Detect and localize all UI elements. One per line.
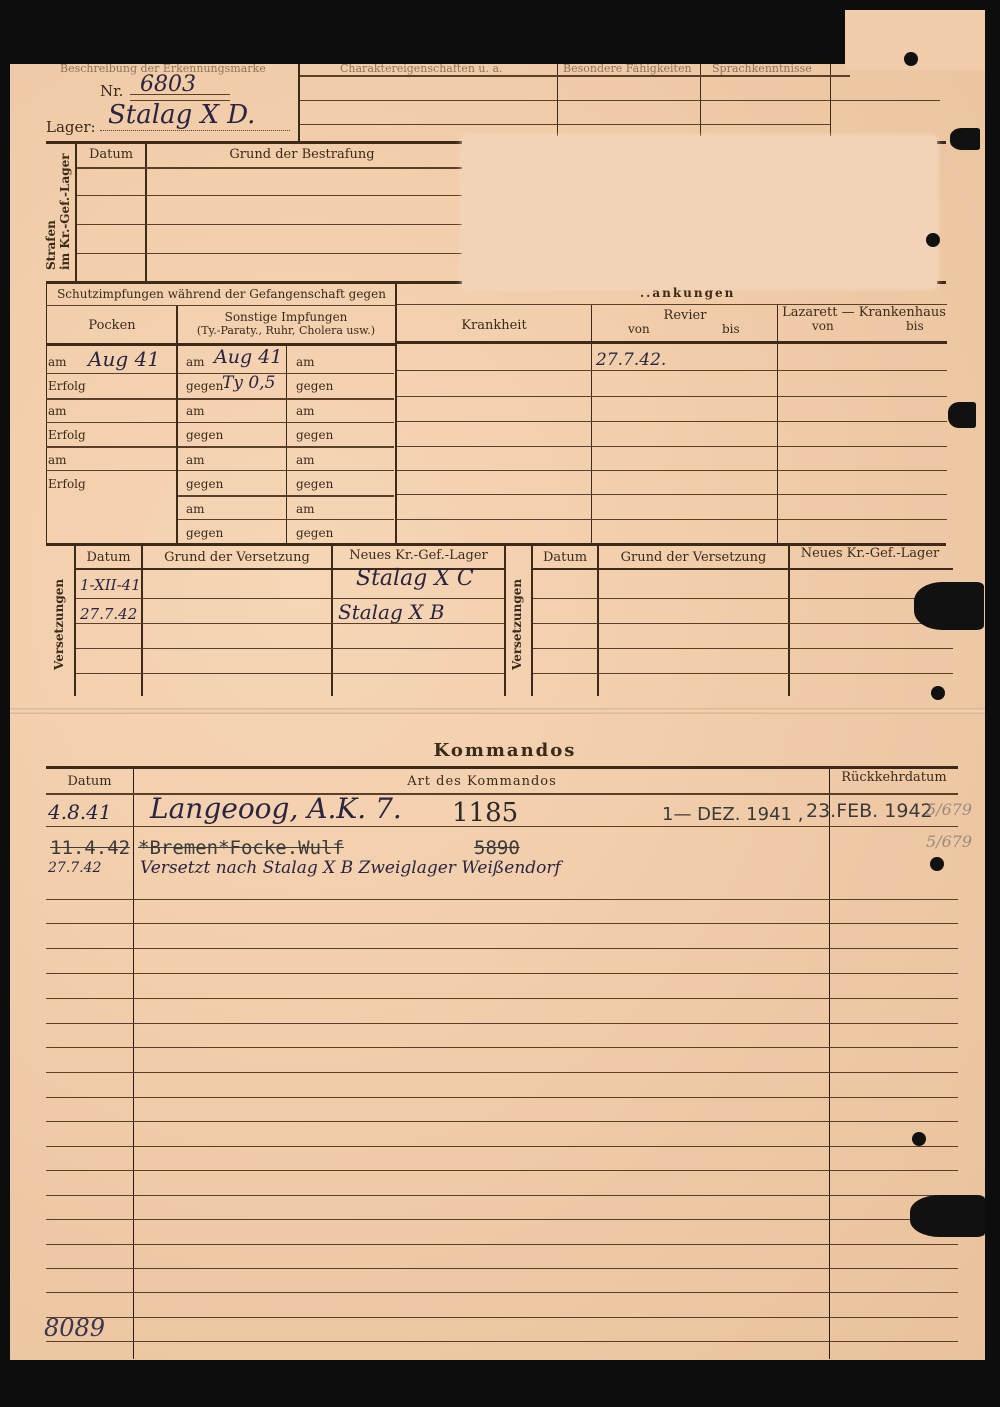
kommandos-col-art: Art des Kommandos	[135, 774, 829, 789]
footer-number: 8089	[44, 1314, 105, 1342]
punch-hole	[931, 686, 945, 700]
sonstige-label: gegen	[186, 526, 223, 540]
col-languages: Sprachkenntnisse	[712, 62, 812, 75]
tear-mark	[948, 402, 976, 428]
strafen-col-grund: Grund der Bestrafung	[147, 147, 457, 162]
sonstige-label: gegen	[186, 379, 223, 393]
lager-value: Stalag X D.	[108, 100, 255, 130]
col-lazarett: Lazarett — Krankenhaus	[779, 305, 949, 320]
vers-col-datum: Datum	[76, 550, 141, 565]
scan-border-top	[0, 0, 845, 64]
col-sonstige-title: Sonstige Impfungen	[178, 310, 394, 324]
pocken-label: am	[48, 355, 67, 369]
sonstige-label: am	[186, 355, 205, 369]
sonstige-label: gegen	[296, 526, 333, 540]
vers-col-lager: Neues Kr.-Gef.-Lager	[333, 548, 504, 563]
revier-von-value: 27.7.42.	[596, 350, 666, 370]
kommando-rueckkehr: 23.FEB. 1942	[806, 800, 933, 822]
punch-hole	[912, 1132, 926, 1146]
nr-label: Nr.	[100, 82, 123, 100]
col-character: Charaktereigenschaften u. a.	[340, 62, 503, 75]
vers-lager: Stalag X B	[338, 600, 444, 624]
kommando-note: 5/679	[926, 832, 972, 851]
vers-col-grund-2: Grund der Versetzung	[599, 550, 788, 565]
pocken-value: Aug 41	[88, 347, 160, 371]
strafen-side-label: Strafenim Kr.-Gef.-Lager	[44, 150, 72, 270]
redacted-paper-patch	[462, 136, 937, 288]
revier-bis: bis	[722, 322, 740, 336]
kommando-number: 1185	[452, 798, 518, 828]
sonstige-label: am	[296, 355, 315, 369]
tear-mark	[914, 582, 984, 630]
vers-col-grund: Grund der Versetzung	[143, 550, 331, 565]
kommando-datum: 4.8.41	[48, 800, 112, 824]
sonstige-label: gegen	[296, 379, 333, 393]
kommando-art-hand: Versetzt nach Stalag X B Zweiglager Weiß…	[140, 858, 561, 878]
pocken-label: Erfolg	[48, 428, 86, 442]
punch-hole	[926, 233, 940, 247]
col-sonstige-sub: (Ty.-Paraty., Ruhr, Cholera usw.)	[178, 324, 394, 337]
kommando-note: 5/679	[926, 800, 972, 819]
col-krankheit: Krankheit	[397, 318, 591, 333]
sonstige-label: am	[186, 453, 205, 467]
vers-datum: 1-XII-41	[80, 576, 141, 594]
vers-col-datum-2: Datum	[533, 550, 597, 565]
lazarett-von: von	[812, 319, 834, 333]
col-pocken: Pocken	[48, 318, 176, 333]
kommando-datum-typed: 11.4.42	[50, 837, 130, 859]
kommando-number-typed: 5890	[474, 837, 520, 859]
lazarett-bis: bis	[906, 319, 924, 333]
punch-hole	[930, 857, 944, 871]
kommando-art-typed: *Bremen*Focke.Wulf	[138, 837, 344, 859]
sonstige-label: gegen	[296, 428, 333, 442]
sonstige-label: am	[296, 453, 315, 467]
revier-von: von	[628, 322, 650, 336]
pocken-label: am	[48, 453, 67, 467]
sonstige-label: gegen	[186, 428, 223, 442]
kommando-stamp-date: 1— DEZ. 1941 ,	[662, 804, 803, 825]
kommandos-title: Kommandos	[400, 740, 610, 761]
versetzungen-side-label-left: Versetzungen	[52, 580, 66, 670]
sonstige-value: Ty 0,5	[222, 373, 275, 393]
strafen-col-datum: Datum	[77, 147, 145, 162]
pocken-label: am	[48, 404, 67, 418]
col-revier: Revier	[593, 308, 777, 323]
sonstige-value: Aug 41	[214, 346, 282, 368]
sonstige-label: gegen	[186, 477, 223, 491]
vers-datum: 27.7.42	[80, 605, 137, 623]
lager-label: Lager:	[46, 118, 96, 136]
pocken-label: Erfolg	[48, 379, 86, 393]
sonstige-label: am	[186, 502, 205, 516]
kommandos-col-datum: Datum	[46, 774, 133, 789]
erkrankungen-title: ..ankungen	[640, 286, 735, 300]
sonstige-label: am	[186, 404, 205, 418]
tear-mark	[910, 1195, 985, 1237]
sonstige-label: am	[296, 502, 315, 516]
tear-mark	[950, 128, 980, 150]
kommandos-col-rueckkehr: Rückkehrdatum	[831, 770, 957, 785]
card-fold-line	[10, 708, 985, 714]
vers-lager: Stalag X C	[356, 566, 474, 591]
kommando-datum: 27.7.42	[48, 860, 101, 876]
col-skills: Besondere Fähigkeiten	[563, 62, 692, 75]
kommando-art-hand: Langeoog, A.K. 7.	[150, 792, 402, 825]
impfungen-title: Schutzimpfungen während der Gefangenscha…	[48, 287, 395, 301]
punch-hole	[904, 52, 918, 66]
sonstige-label: gegen	[296, 477, 333, 491]
pocken-label: Erfolg	[48, 477, 86, 491]
sonstige-label: am	[296, 404, 315, 418]
versetzungen-side-label-right: Versetzungen	[510, 580, 524, 670]
vers-col-lager-2: Neues Kr.-Gef.-Lager	[790, 546, 950, 561]
